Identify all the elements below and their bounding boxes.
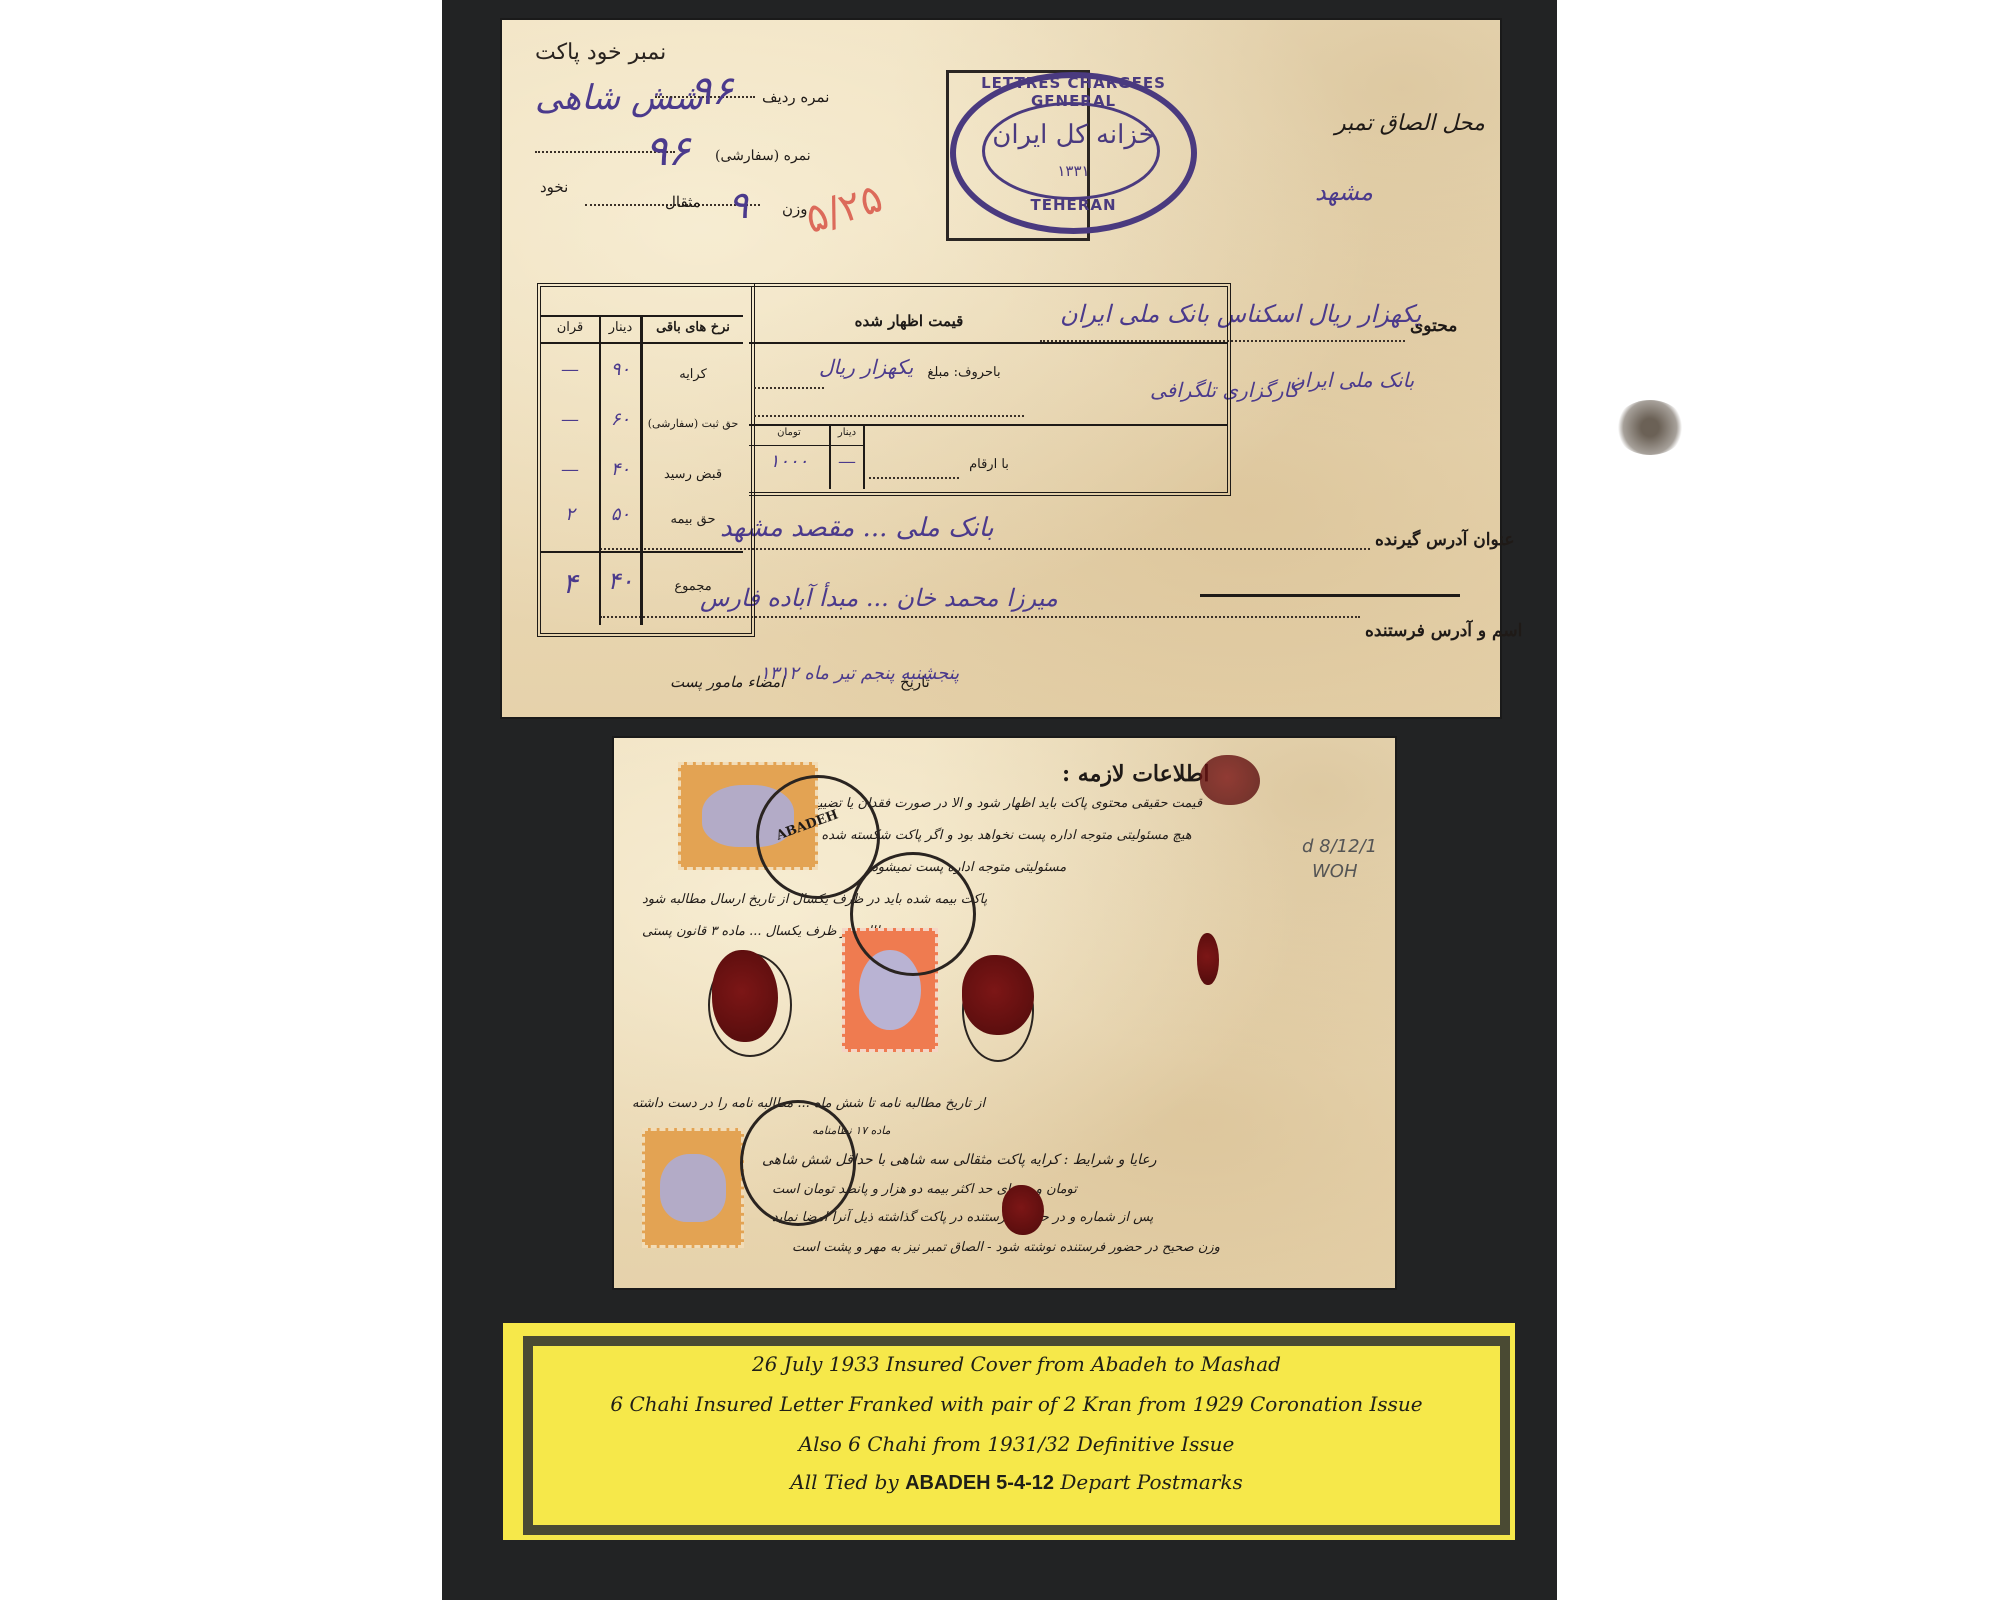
stamp-place-label: محل الصاق تمبر — [1335, 111, 1485, 136]
wax-seal — [1197, 933, 1219, 985]
contents-annotation-1: بانک ملی ایران — [1290, 368, 1414, 392]
caption-line-1: 26 July 1933 Insured Cover from Abadeh t… — [533, 1352, 1500, 1376]
fee-row-label: قبض رسید — [643, 467, 743, 482]
cancel-year: ۱۳۳۱ — [956, 162, 1191, 180]
caption-line-3: Also 6 Chahi from 1931/32 Definitive Iss… — [533, 1432, 1500, 1456]
fee-row-qran: — — [541, 409, 599, 430]
in-words-dots — [754, 387, 824, 389]
pencil-note-initials: WOH — [1312, 861, 1358, 882]
caption-line-4: All Tied by ABADEH 5-4-12 Depart Postmar… — [533, 1470, 1500, 1495]
fee-row-label: کرایه — [643, 367, 743, 382]
col-dinar: دینار — [831, 427, 863, 438]
wax-seal — [1200, 755, 1260, 805]
pencil-note: d 8/12/1 — [1302, 836, 1377, 857]
postage-note-header: نمبر خود پاکت — [535, 40, 666, 65]
weight-unit: مثقال — [665, 193, 701, 211]
abadeh-postmark — [740, 1100, 856, 1226]
in-figures-dots — [869, 477, 959, 479]
recipient-label: عنوان آدرس گیرنده — [1375, 530, 1515, 550]
fee-row-dinar: ۹۰ — [601, 359, 640, 380]
caption-postmark-date: ABADEH 5-4-12 — [905, 1472, 1054, 1494]
figures-col-line-2 — [863, 424, 865, 489]
fee-row-qran: ۲ — [541, 504, 599, 525]
caption-label: 26 July 1933 Insured Cover from Abadeh t… — [503, 1323, 1515, 1540]
wax-seal — [1002, 1185, 1044, 1235]
stamp-2-kran-bottom — [642, 1128, 744, 1248]
cancel-bottom-text: TEHERAN — [956, 196, 1191, 214]
in-words-label: باحروف: مبلغ — [899, 365, 1029, 380]
declared-value-box: قیمت اظهار شده باحروف: مبلغ یکهزار ریال … — [749, 283, 1231, 496]
handwritten-destination: مشهد — [1315, 178, 1373, 206]
fee-row-dinar: ۵۰ — [601, 504, 640, 525]
figures-mid-line — [749, 445, 863, 446]
stamp-portrait — [660, 1154, 725, 1222]
fee-row-qran: — — [541, 359, 599, 380]
fee-total-line — [541, 551, 743, 553]
date-value: پنجشنبه پنجم تیر ماه ۱۳۱۲ — [760, 663, 959, 684]
fee-table-header: نرخ های باقی — [643, 320, 743, 335]
red-pencil-mark: ۵/۲۵ — [800, 175, 888, 243]
declared-header-line — [749, 342, 1227, 344]
fee-total-label: مجموع — [643, 579, 743, 594]
dinar-value: — — [831, 451, 863, 472]
registered-number-label: نمره (سفارشی) — [715, 148, 811, 164]
back-text-line: وزن صحیح در حضور فرستنده نوشته شود - الص… — [792, 1240, 1220, 1255]
nokhod-label: نخود — [540, 178, 568, 196]
fee-total-qran: ۴ — [541, 567, 599, 600]
caption-line-4-prefix: All Tied by — [790, 1470, 898, 1494]
fee-row-dinar: ۴۰ — [601, 459, 640, 480]
in-words-dots-2 — [754, 415, 1024, 417]
fee-row-label: حق بیمه — [643, 512, 743, 527]
recipient-divider — [1200, 594, 1460, 597]
fee-total-dinar: ۴۰ — [601, 567, 640, 595]
col-toman: تومان — [749, 427, 829, 438]
in-words-value: یکهزار ریال — [819, 355, 913, 379]
in-figures-label: با ارقام — [949, 457, 1029, 472]
insured-letter-cancel: LETTRES CHARGEES GENERAL خزانه کل ایران … — [950, 72, 1197, 234]
caption-border: 26 July 1933 Insured Cover from Abadeh t… — [523, 1336, 1510, 1535]
fee-row-dinar: ۶۰ — [601, 409, 640, 430]
registered-number-value: ۹۶ — [645, 126, 690, 175]
caption-line-2: 6 Chahi Insured Letter Franked with pair… — [533, 1392, 1500, 1416]
wax-seal — [712, 950, 778, 1042]
serial-number-label: نمره ردیف — [762, 88, 829, 106]
declared-value-header: قیمت اظهار شده — [809, 312, 1009, 330]
back-heading: اطلاعات لازمه : — [1062, 761, 1209, 787]
cancel-persian-text: خزانه کل ایران — [956, 120, 1191, 150]
fee-col-qran: قران — [541, 320, 599, 335]
small-oval-seal — [1615, 400, 1685, 455]
postage-note: شش شاهی — [535, 78, 703, 118]
abadeh-postmark — [850, 852, 976, 976]
weight-value: ۹ — [728, 183, 748, 227]
caption-line-4-suffix: Depart Postmarks — [1060, 1470, 1242, 1494]
wax-seal — [962, 955, 1034, 1035]
figures-top-line — [749, 424, 1227, 426]
fee-table: قران دینار نرخ های باقی کرایه ۹۰ — حق ثب… — [537, 283, 1227, 631]
toman-value: ۱۰۰۰ — [749, 451, 829, 472]
fee-col-dinar: دینار — [601, 320, 640, 335]
serial-number-value: ۹۶ — [690, 68, 733, 114]
fee-table-frame: قران دینار نرخ های باقی کرایه ۹۰ — حق ثب… — [537, 283, 755, 637]
cancel-inner-ring — [982, 102, 1160, 200]
fee-row-label: حق ثبت (سفارشی) — [643, 417, 743, 430]
fee-row-qran: — — [541, 459, 599, 480]
sender-label: اسم و آدرس فرستنده — [1365, 621, 1522, 641]
